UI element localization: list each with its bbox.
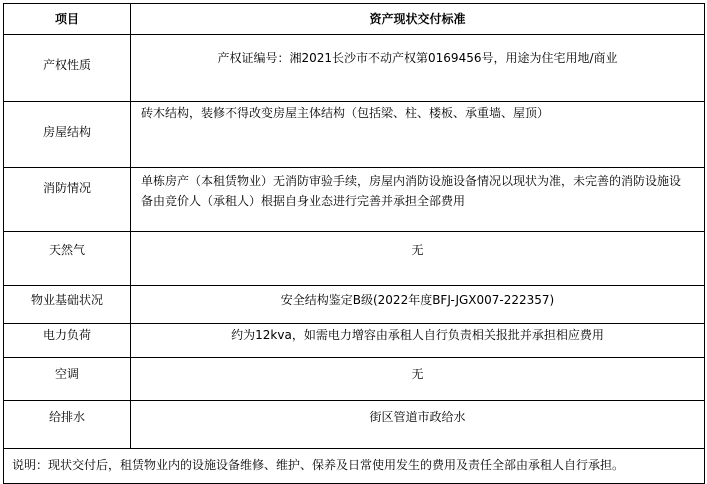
row-label: 消防情况 (4, 168, 131, 232)
header-standard: 资产现状交付标准 (131, 4, 705, 35)
table-row-building-structure: 房屋结构 砖木结构，装修不得改变房屋主体结构（包括梁、柱、楼板、承重墙、屋顶） (4, 102, 705, 168)
row-label: 房屋结构 (4, 102, 131, 168)
asset-delivery-standard-table: 项目 资产现状交付标准 产权性质 产权证编号：湘2021长沙市不动产权第0169… (3, 3, 705, 396)
table-row-property-rights: 产权性质 产权证编号：湘2021长沙市不动产权第0169456号，用途为住宅用地… (4, 35, 705, 102)
table-row-fire-protection: 消防情况 单栋房产（本租赁物业）无消防审验手续，房屋内消防设施设备情况以现状为准… (4, 168, 705, 232)
header-item: 项目 (4, 4, 131, 35)
row-value: 产权证编号：湘2021长沙市不动产权第0169456号，用途为住宅用地/商业 (131, 35, 705, 102)
row-label: 物业基础状况 (4, 286, 131, 324)
row-value: 无 (131, 232, 705, 286)
table-row-natural-gas: 天然气 无 (4, 232, 705, 286)
row-value: 砖木结构，装修不得改变房屋主体结构（包括梁、柱、楼板、承重墙、屋顶） (131, 102, 705, 168)
row-value: 无 (131, 358, 705, 397)
row-value-line-2: 备由竞价人（承租人）根据自身业态进行完善并承担全部费用 (141, 191, 698, 211)
table-row-power-load: 电力负荷 约为12kva，如需电力增容由承租人自行负责相关报批并承担相应费用 (4, 324, 705, 358)
row-label: 电力负荷 (4, 324, 131, 358)
row-label: 空调 (4, 358, 131, 397)
table-header-row: 项目 资产现状交付标准 (4, 4, 705, 35)
asset-delivery-standard-table-container: 项目 资产现状交付标准 产权性质 产权证编号：湘2021长沙市不动产权第0169… (3, 3, 704, 396)
row-value-line-1: 单栋房产（本租赁物业）无消防审验手续，房屋内消防设施设备情况以现状为准，未完善的… (141, 171, 698, 191)
row-label: 产权性质 (4, 35, 131, 102)
row-label: 天然气 (4, 232, 131, 286)
row-value: 约为12kva，如需电力增容由承租人自行负责相关报批并承担相应费用 (131, 324, 705, 358)
row-value: 单栋房产（本租赁物业）无消防审验手续，房屋内消防设施设备情况以现状为准，未完善的… (131, 168, 705, 232)
row-value: 安全结构鉴定B级(2022年度BFJ-JGX007-222357) (131, 286, 705, 324)
table-row-property-condition: 物业基础状况 安全结构鉴定B级(2022年度BFJ-JGX007-222357) (4, 286, 705, 324)
table-row-air-conditioning: 空调 无 (4, 358, 705, 397)
